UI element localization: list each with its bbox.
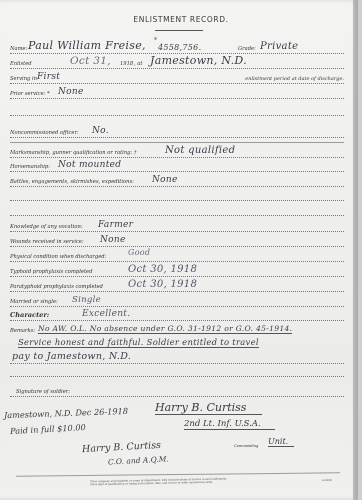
wounds-value: None: [100, 235, 126, 245]
remarks-row-2: Service honest and faithful. Soldier ent…: [10, 336, 344, 349]
enlistment-record-page: ENLISTMENT RECORD. Name: Paul William Fr…: [0, 0, 358, 500]
soldier-signature-label: Signature of soldier:: [16, 389, 70, 395]
vocation-value: Farmer: [98, 220, 133, 230]
commander-signature: Harry B. Curtiss: [155, 401, 262, 415]
character-row: Character: Excellent.: [10, 307, 344, 321]
enlisted-place: Jamestown, N.D.: [150, 54, 247, 67]
paratyphoid-label: Paratyphoid prophylaxis completed: [10, 284, 103, 290]
nco-label: Noncommissioned officer:: [10, 130, 79, 136]
marital-status-label: Married or single:: [10, 299, 58, 305]
blank-line: [10, 200, 344, 201]
serial-number: 4558,756.: [158, 43, 201, 52]
section-divider: [10, 142, 344, 143]
serial-mark: *: [154, 37, 157, 44]
footnotes: *Give company and regiment or corps or d…: [90, 476, 310, 487]
physical-condition-row: Physical condition when discharged: Good: [10, 248, 344, 262]
remarks-label: Remarks:: [10, 328, 35, 334]
paymaster-signature: Harry B. Curtiss: [82, 440, 161, 455]
blank-line: [10, 115, 344, 116]
prior-service-value: None: [58, 87, 84, 97]
prior-service-label: Prior service: *: [10, 91, 50, 97]
typhoid-label: Typhoid prophylaxis completed: [10, 269, 92, 275]
name-row: Name: Paul William Freise, * 4558,756. G…: [10, 40, 344, 54]
enlisted-year: 1918: [120, 61, 133, 67]
remarks-row-1: Remarks: No AW. O.L. No absence under G.…: [10, 322, 344, 335]
remarks-line-3: pay to Jamestown, N.D.: [12, 351, 131, 362]
grade-value: Private: [260, 41, 298, 52]
serving-suffix: enlistment period at date of discharge.: [245, 76, 344, 82]
wounds-label: Wounds received in service:: [10, 239, 84, 245]
marksmanship-label: Marksmanship, gunner qualification or ra…: [10, 150, 136, 156]
horsemanship-value: Not mounted: [58, 160, 121, 170]
serving-label: Serving in: [10, 76, 37, 82]
name-label: Name:: [10, 46, 27, 52]
battles-label: Battles, engagements, skirmishes, expedi…: [10, 179, 134, 185]
soldier-signature-row: Signature of soldier:: [10, 383, 344, 397]
marksmanship-value: Not qualified: [165, 145, 235, 156]
commander-rank: 2nd Lt. Inf. U.S.A.: [184, 419, 275, 430]
typhoid-row: Typhoid prophylaxis completed Oct 30, 19…: [10, 263, 344, 277]
discharge-place-date: Jamestown, N.D. Dec 26-1918: [4, 406, 128, 420]
vocation-label: Knowledge of any vocation:: [10, 224, 83, 230]
horsemanship-row: Horsemanship: Not mounted: [10, 158, 344, 172]
marital-status-value: Single: [72, 295, 101, 305]
title-rule: [155, 30, 203, 31]
vocation-row: Knowledge of any vocation: Farmer: [10, 218, 344, 232]
battles-row: Battles, engagements, skirmishes, expedi…: [10, 173, 344, 187]
nco-value: No.: [92, 126, 109, 136]
character-label: Character:: [10, 311, 49, 319]
physical-condition-value: Good: [128, 248, 150, 257]
remarks-line-2: Service honest and faithful. Soldier ent…: [18, 337, 259, 348]
form-number: A-0220: [322, 478, 332, 482]
physical-condition-label: Physical condition when discharged:: [10, 254, 106, 260]
marital-status-row: Married or single: Single: [10, 293, 344, 307]
battles-value: None: [152, 175, 178, 185]
blank-line: [10, 376, 344, 377]
horsemanship-label: Horsemanship:: [10, 164, 50, 170]
typhoid-value: Oct 30, 1918: [128, 264, 197, 275]
character-value: Excellent.: [82, 309, 130, 319]
enlisted-date: Oct 31,: [70, 55, 111, 67]
marksmanship-row: Marksmanship, gunner qualification or ra…: [10, 144, 344, 158]
paymaster-title: C.O. and A.Q.M.: [108, 454, 169, 466]
name-value: Paul William Freise,: [28, 39, 146, 52]
wounds-row: Wounds received in service: None: [10, 233, 344, 247]
grade-label: Grade:: [238, 46, 256, 52]
enlisted-row: Enlisted Oct 31, 1918 , at Jamestown, N.…: [10, 55, 344, 69]
commanding-unit: Unit.: [268, 437, 294, 447]
remarks-line-1: No AW. O.L. No absence under G.O. 31-191…: [38, 324, 292, 334]
serving-value: First: [37, 72, 60, 82]
nco-row: Noncommissioned officer: No.: [10, 124, 344, 138]
enlisted-label: Enlisted: [10, 61, 32, 67]
remarks-row-3: pay to Jamestown, N.D.: [10, 350, 344, 364]
page-edge: [353, 0, 358, 500]
blank-line: [10, 215, 344, 216]
paid-in-full: Paid in full $10.00: [10, 422, 86, 436]
enlisted-at-label: , at: [134, 61, 142, 67]
serving-row: Serving in First enlistment period at da…: [10, 70, 344, 84]
document-title: ENLISTMENT RECORD.: [0, 15, 362, 24]
prior-service-row: Prior service: * None: [10, 85, 344, 99]
paratyphoid-row: Paratyphoid prophylaxis completed Oct 30…: [10, 278, 344, 292]
paratyphoid-value: Oct 30, 1918: [128, 279, 197, 290]
commanding-label: Commanding: [234, 444, 258, 448]
